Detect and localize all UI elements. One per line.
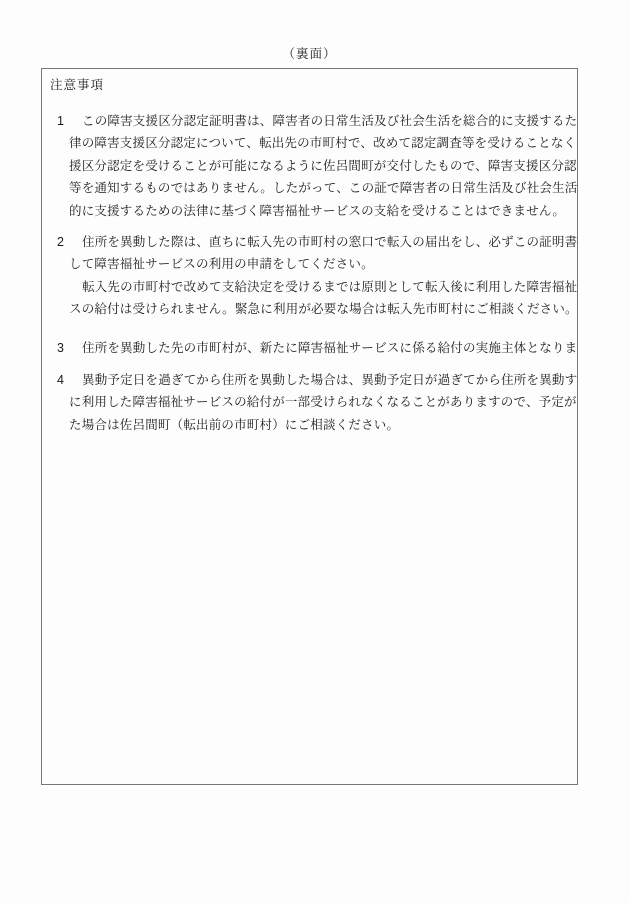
notice-item: 4異動予定日を過ぎてから住所を異動した場合は、異動予定日が過ぎてから住所を異動す… [50,369,571,436]
document-page: （裏面） 注意事項 1この障害支援区分認定証明書は、障害者の日常生活及び社会生活… [0,0,630,903]
item-number: 4 [57,369,82,391]
notice-line-text: 律の障害支援区分認定について、転出先の市町村で、改めて認定調査等を受けることなく… [69,136,578,150]
notice-line-text: に利用した障害福祉サービスの給付が一部受けられなくなることがありますので、予定が… [69,395,578,409]
notice-line: に利用した障害福祉サービスの給付が一部受けられなくなることがありますので、予定が… [50,391,571,413]
notice-line-text: 住所を異動した際は、直ちに転入先の市町村の窓口で転入の届出をし、必ずこの証明書を… [82,235,578,249]
notice-line-text: 住所を異動した先の市町村が、新たに障害福祉サービスに係る給付の実施主体となります… [82,341,578,355]
notice-item: 3住所を異動した先の市町村が、新たに障害福祉サービスに係る給付の実施主体となりま… [50,337,571,359]
notice-line-text: この障害支援区分認定証明書は、障害者の日常生活及び社会生活を総合的に支援するため… [82,114,578,128]
notice-box-title: 注意事項 [50,74,571,96]
notice-item: 1この障害支援区分認定証明書は、障害者の日常生活及び社会生活を総合的に支援するた… [50,110,571,222]
notice-line: た場合は佐呂間町（転出前の市町村）にご相談ください。 [50,414,571,436]
notice-line-text: して障害福祉サービスの利用の申請をしてください。 [69,257,374,271]
notice-line-text: 異動予定日を過ぎてから住所を異動した場合は、異動予定日が過ぎてから住所を異動する… [82,373,578,387]
notice-line: して障害福祉サービスの利用の申請をしてください。 [50,253,571,275]
notice-line-text: 転入先の市町村で改めて支給決定を受けるまでは原則として転入後に利用した障害福祉サ… [82,280,578,294]
item-number: 2 [57,231,82,253]
notice-box: 注意事項 1この障害支援区分認定証明書は、障害者の日常生活及び社会生活を総合的に… [41,68,578,785]
notice-line: 的に支援するための法律に基づく障害福祉サービスの支給を受けることはできません。 [50,200,571,222]
notice-line: 4異動予定日を過ぎてから住所を異動した場合は、異動予定日が過ぎてから住所を異動す… [50,369,571,391]
notice-line: 律の障害支援区分認定について、転出先の市町村で、改めて認定調査等を受けることなく… [50,132,571,154]
notice-line: 援区分認定を受けることが可能になるように佐呂間町が交付したもので、障害支援区分認… [50,155,571,177]
notice-line: スの給付は受けられません。緊急に利用が必要な場合は転入先市町村にご相談ください。 [50,298,571,320]
notice-items: 1この障害支援区分認定証明書は、障害者の日常生活及び社会生活を総合的に支援するた… [50,110,571,436]
item-number: 3 [57,337,82,359]
item-number: 1 [57,110,82,132]
notice-line-text: 援区分認定を受けることが可能になるように佐呂間町が交付したもので、障害支援区分認… [69,159,578,173]
notice-line: 2住所を異動した際は、直ちに転入先の市町村の窓口で転入の届出をし、必ずこの証明書… [50,231,571,253]
notice-line-text: 的に支援するための法律に基づく障害福祉サービスの支給を受けることはできません。 [69,204,565,218]
notice-line: 等を通知するものではありません。したがって、この証で障害者の日常生活及び社会生活… [50,177,571,199]
notice-line: 1この障害支援区分認定証明書は、障害者の日常生活及び社会生活を総合的に支援するた… [50,110,571,132]
notice-line-text: た場合は佐呂間町（転出前の市町村）にご相談ください。 [69,418,399,432]
notice-line-text: 等を通知するものではありません。したがって、この証で障害者の日常生活及び社会生活… [69,181,578,195]
notice-line: 3住所を異動した先の市町村が、新たに障害福祉サービスに係る給付の実施主体となりま… [50,337,571,359]
notice-line: 転入先の市町村で改めて支給決定を受けるまでは原則として転入後に利用した障害福祉サ… [50,276,571,298]
notice-line-text: スの給付は受けられません。緊急に利用が必要な場合は転入先市町村にご相談ください。 [69,302,578,316]
notice-item: 2住所を異動した際は、直ちに転入先の市町村の窓口で転入の届出をし、必ずこの証明書… [50,231,571,321]
page-side-label: （裏面） [41,47,578,62]
